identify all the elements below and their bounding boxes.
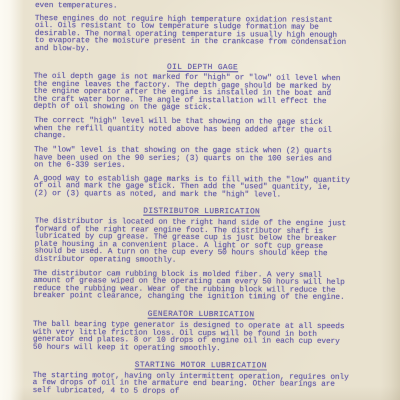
section-heading-oil-depth-gage: OIL DEPTH GAGE [35, 64, 371, 74]
document-text-column: even temperatures. These engines do not … [33, 3, 371, 400]
starting-motor-lubrication-paragraph-1: The starting motor, having only intermit… [33, 373, 369, 398]
distributor-lubrication-paragraph-2: The distributor cam rubbing block is mol… [33, 271, 369, 303]
oil-depth-gage-paragraph-2: The correct "high" level will be that sh… [34, 118, 370, 143]
distributor-lubrication-paragraph-1: The distributor is located on the right … [34, 219, 370, 267]
generator-lubrication-paragraph-1: The ball bearing type generator is desig… [33, 321, 369, 354]
oil-depth-gage-paragraph-4: A good way to establish gage marks is to… [34, 176, 370, 201]
oil-depth-gage-paragraph-3: The "low" level is that showing on the g… [34, 147, 370, 171]
section-heading-distributor-lubrication: DISTRIBUTOR LUBRICATION [34, 208, 370, 218]
intro-paragraph: These engines do not require high temper… [35, 16, 371, 56]
scanned-manual-page: { "page": { "ink_color": "#645ca8", "pap… [0, 0, 400, 400]
section-heading-generator-lubrication: GENERATOR LUBRICATION [33, 311, 369, 321]
carryover-line: even temperatures. [35, 3, 371, 13]
section-heading-starting-motor-lubrication: STARTING MOTOR LUBRICATION [33, 362, 369, 372]
oil-depth-gage-paragraph-1: The oil depth gage is not marked for "hi… [33, 74, 369, 115]
